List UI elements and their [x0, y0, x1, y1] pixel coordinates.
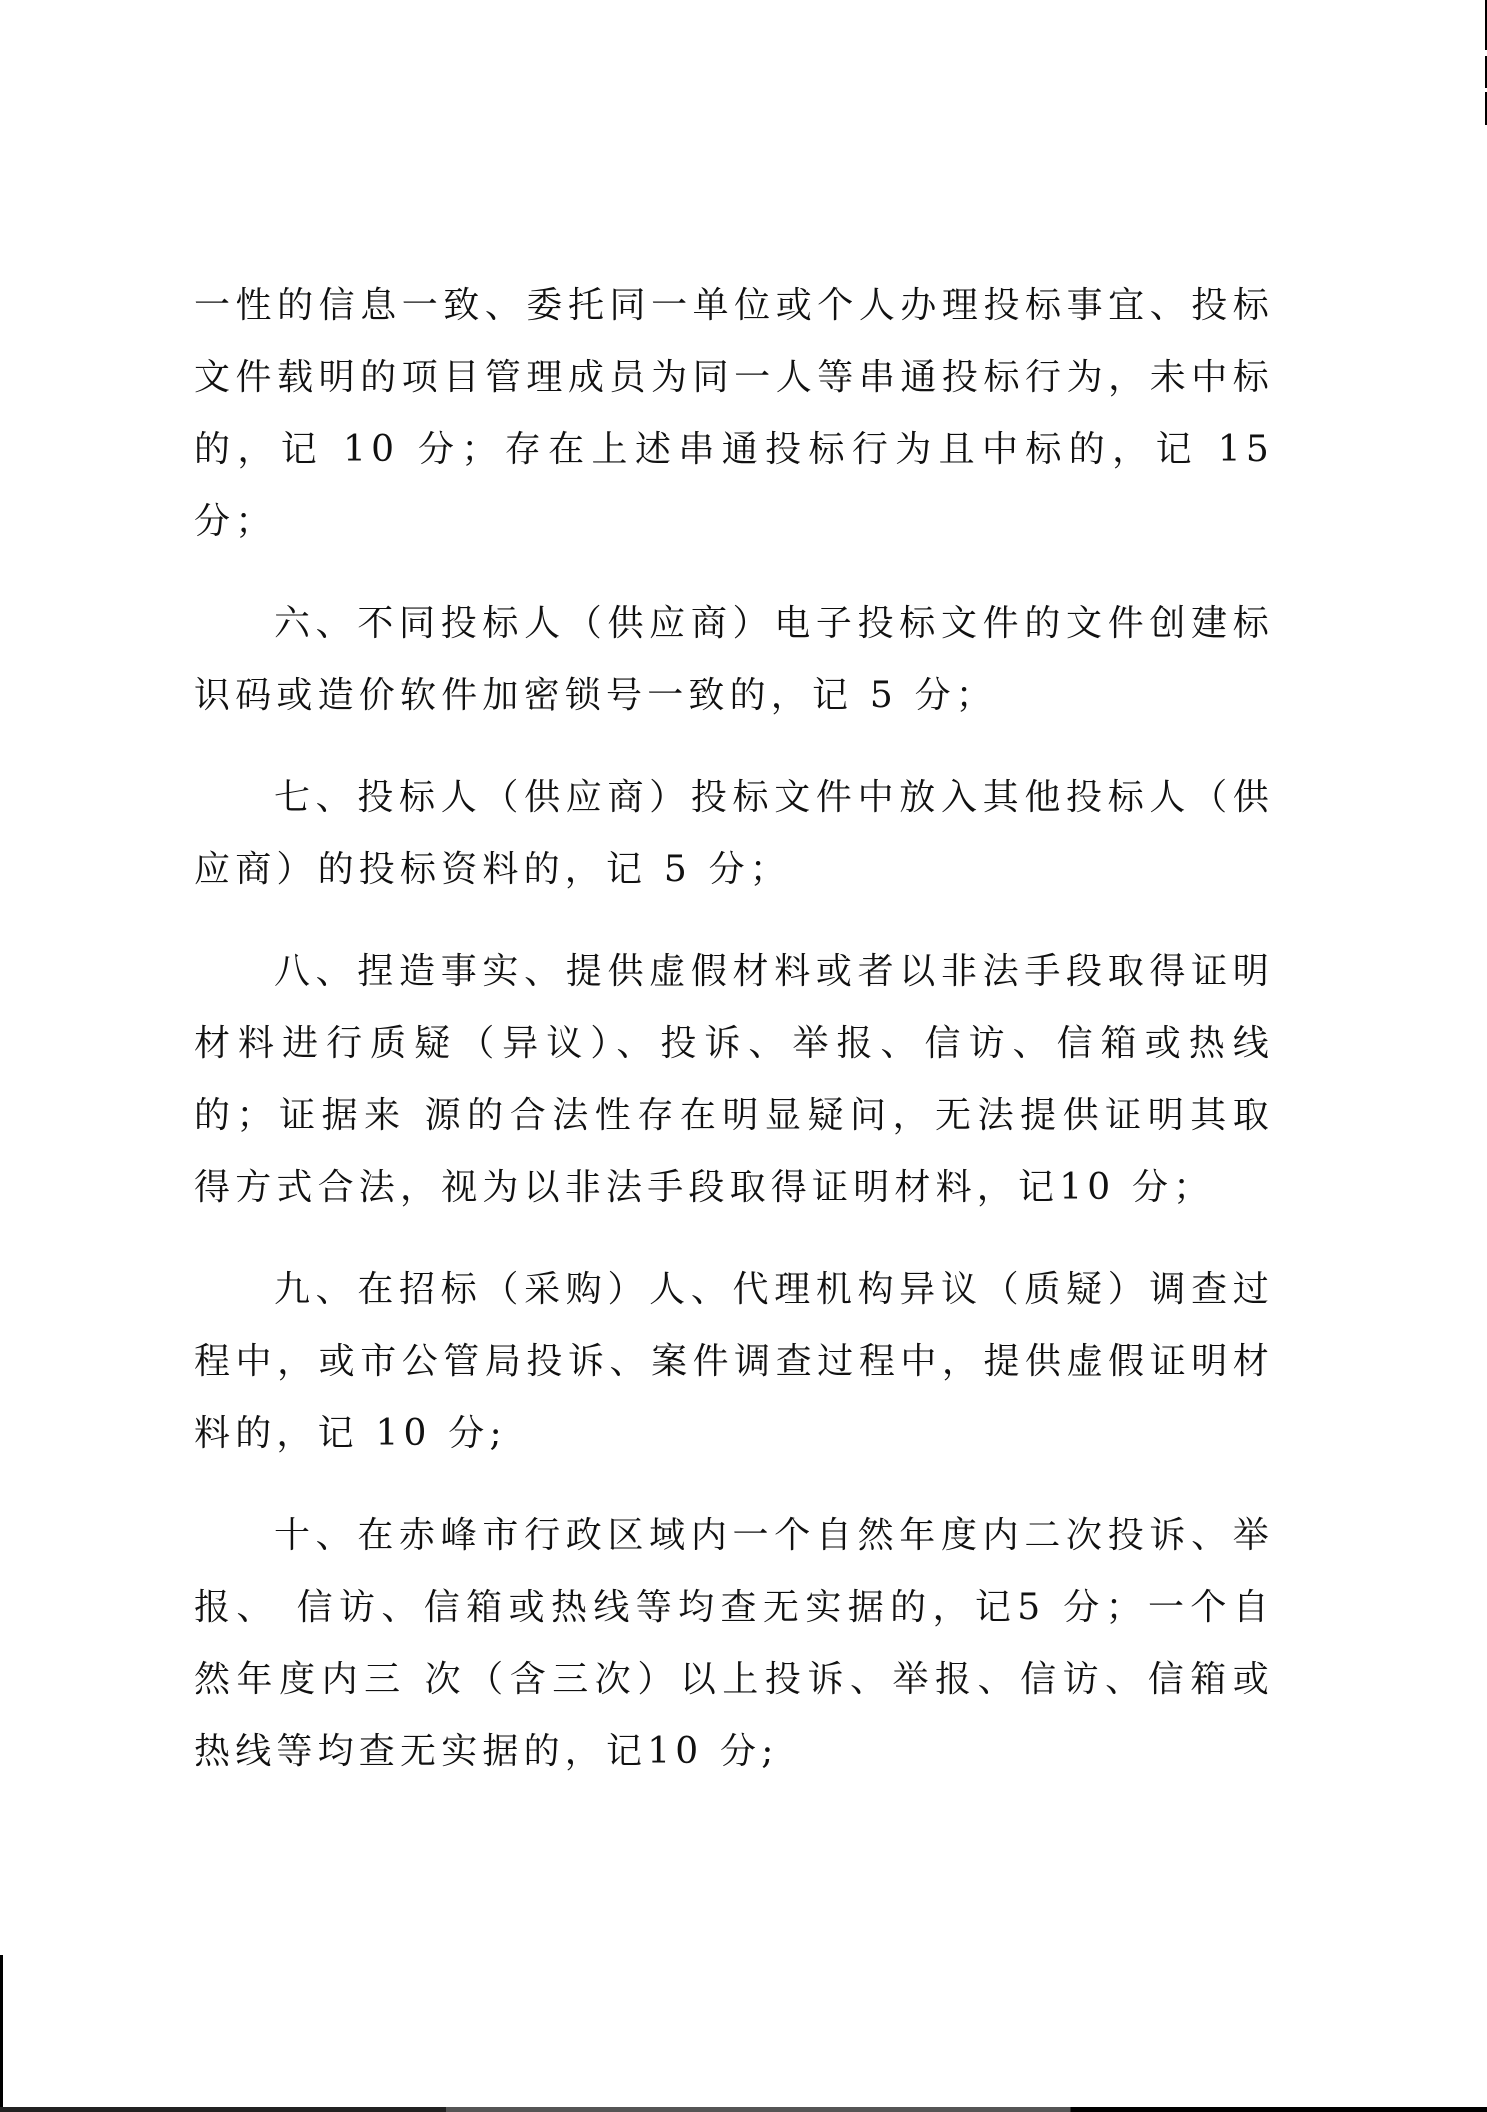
- paragraph-item-6: 六、不同投标人（供应商）电子投标文件的文件创建标识码或造价软件加密锁号一致的，记…: [194, 588, 1274, 732]
- paragraph-gap: [194, 732, 1274, 762]
- scan-edge-mark-left: [0, 1955, 3, 2112]
- paragraph-item-8: 八、捏造事实、提供虚假材料或者以非法手段取得证明材料进行质疑（异议）、投诉、举报…: [194, 936, 1274, 1224]
- paragraph-item-5-continuation: 一性的信息一致、委托同一单位或个人办理投标事宜、投标文件载明的项目管理成员为同一…: [194, 270, 1274, 558]
- paragraph-item-10: 十、在赤峰市行政区域内一个自然年度内二次投诉、举报、 信访、信箱或热线等均查无实…: [194, 1500, 1274, 1788]
- paragraph-gap: [194, 1470, 1274, 1500]
- scan-edge-mark-bottom: [0, 2107, 1487, 2112]
- document-page: 一性的信息一致、委托同一单位或个人办理投标事宜、投标文件载明的项目管理成员为同一…: [194, 270, 1274, 1788]
- paragraph-gap: [194, 1224, 1274, 1254]
- paragraph-gap: [194, 558, 1274, 588]
- paragraph-gap: [194, 906, 1274, 936]
- paragraph-item-9: 九、在招标（采购）人、代理机构异议（质疑）调查过程中，或市公管局投诉、案件调查过…: [194, 1254, 1274, 1470]
- paragraph-item-7: 七、投标人（供应商）投标文件中放入其他投标人（供应商）的投标资料的，记 5 分；: [194, 762, 1274, 906]
